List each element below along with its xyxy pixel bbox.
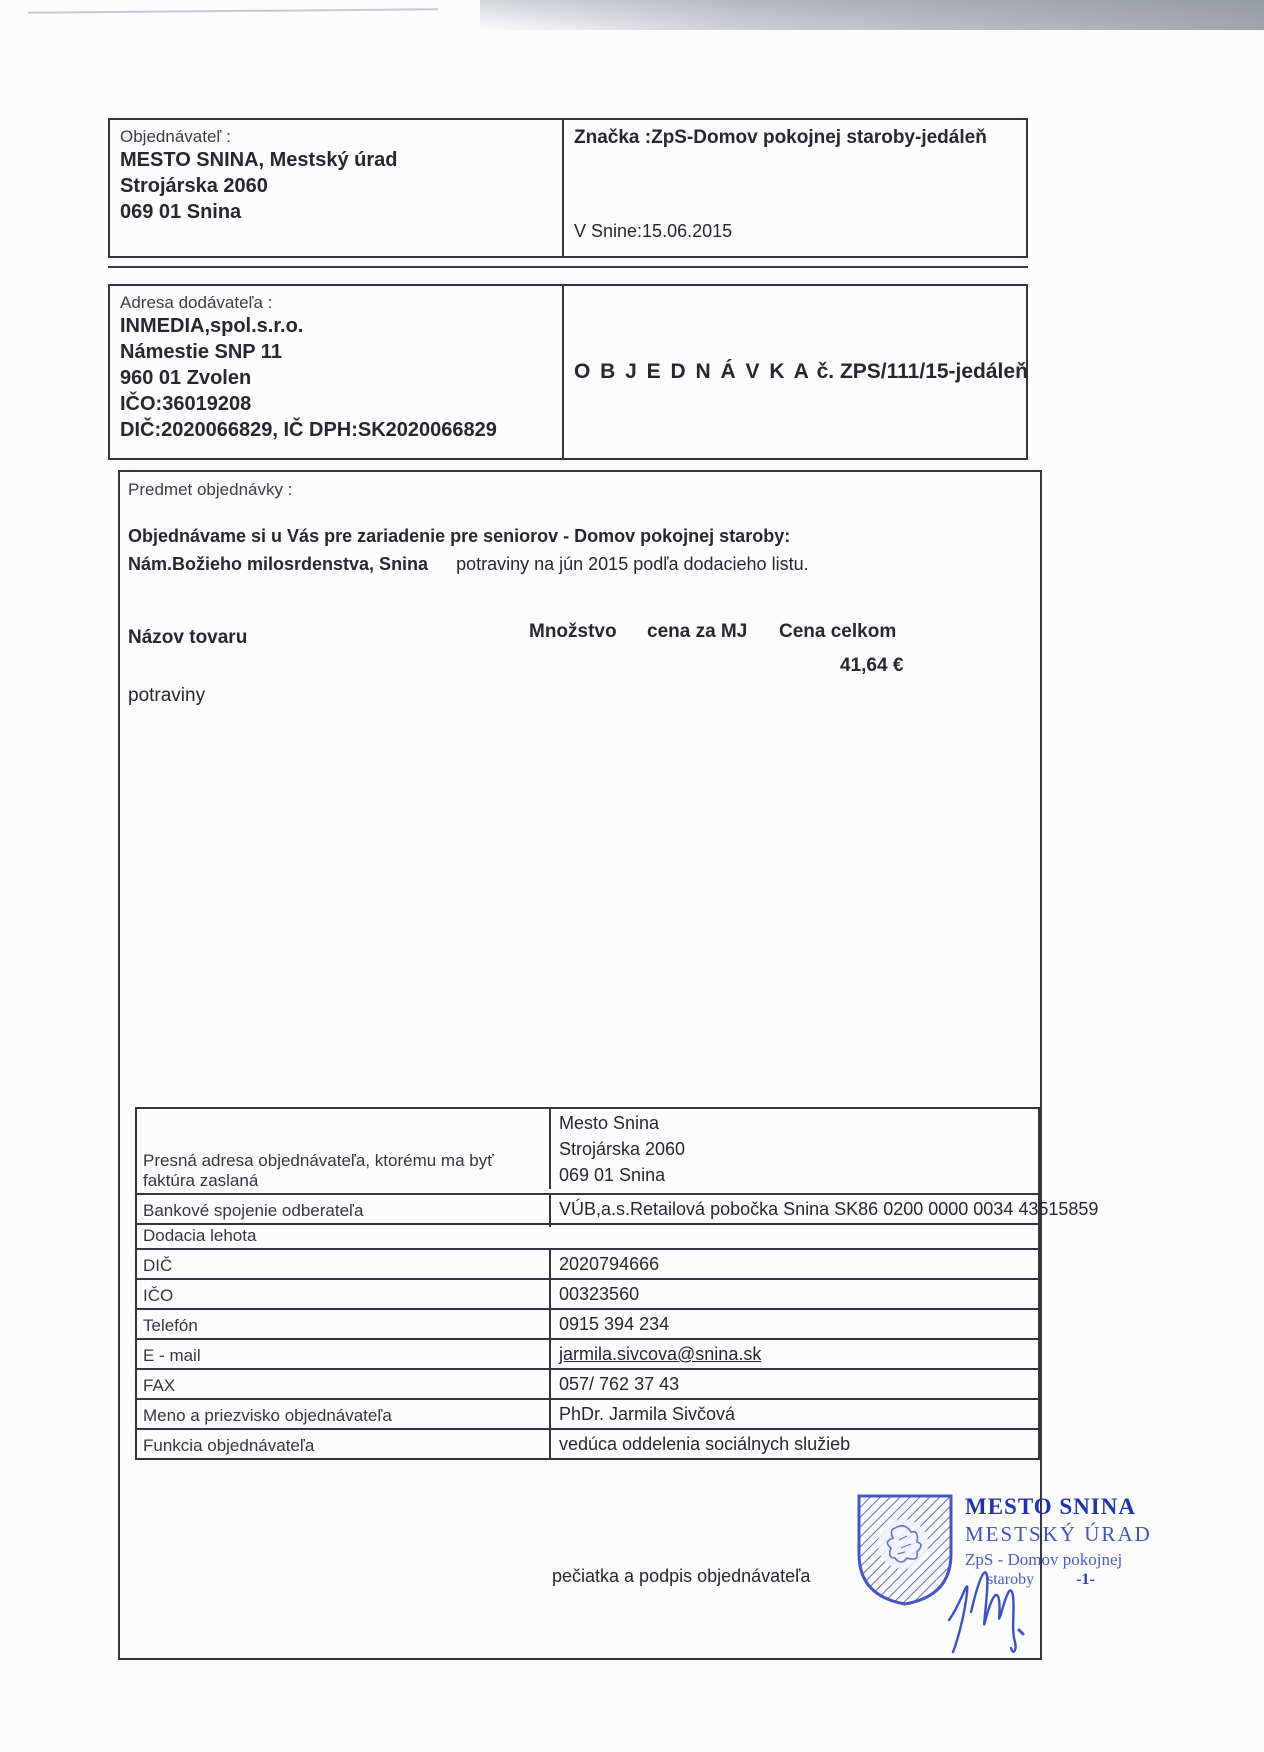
item-columns-header: Názov tovaru Množstvo cena za MJ Cena ce… [120, 621, 1040, 651]
supplier-street: Námestie SNP 11 [120, 339, 552, 365]
row-label: Dodacia lehota [137, 1226, 549, 1248]
subject-intro-2: Nám.Božieho milosrdenstva, Snina potravi… [128, 554, 1040, 575]
row-label: Funkcia objednávateľa [137, 1436, 549, 1458]
row-label: DIČ [137, 1256, 549, 1278]
scan-edge-shadow-2 [480, 0, 1264, 30]
table-row: Meno a priezvisko objednávateľa PhDr. Ja… [137, 1398, 1038, 1428]
scan-artifact-line [28, 8, 438, 14]
stamp-department: ZpS - Domov pokojnej [965, 1550, 1152, 1570]
col-unit-price: cena za MJ [647, 621, 747, 643]
supplier-ico: IČO:36019208 [120, 391, 552, 417]
row-value: 00323560 [549, 1280, 1038, 1308]
supplier-block: Adresa dodávateľa : INMEDIA,spol.s.r.o. … [110, 286, 562, 458]
table-row: IČO 00323560 [137, 1278, 1038, 1308]
row-value: PhDr. Jarmila Sivčová [549, 1400, 1038, 1428]
subject-address: Nám.Božieho milosrdenstva, Snina [128, 554, 428, 575]
order-title: O B J E D N Á V K A č. ZPS/111/15-jedále… [574, 360, 1028, 384]
order-body-box: Predmet objednávky : Objednávame si u Vá… [118, 470, 1042, 1660]
stamp-department-2: staroby -1- [987, 1571, 1152, 1589]
row-label: E - mail [137, 1346, 549, 1368]
scan-edge-shadow [480, 0, 1264, 30]
row-label: Meno a priezvisko objednávateľa [137, 1406, 549, 1428]
row-value: 057/ 762 37 43 [549, 1370, 1038, 1398]
order-total: 41,64 € [840, 655, 1040, 677]
document-date: V Snine:15.06.2015 [574, 221, 1016, 242]
customer-street: Strojárska 2060 [120, 173, 552, 199]
row-value: 0915 394 234 [549, 1310, 1038, 1338]
customer-label: Objednávateľ : [120, 127, 552, 147]
customer-reference-box: Objednávateľ : MESTO SNINA, Mestský úrad… [108, 118, 1028, 258]
supplier-order-box: Adresa dodávateľa : INMEDIA,spol.s.r.o. … [108, 284, 1028, 460]
row-value: VÚB,a.s.Retailová pobočka Snina SK86 020… [549, 1195, 1098, 1223]
table-row: Bankové spojenie odberateľa VÚB,a.s.Reta… [137, 1193, 1038, 1223]
customer-city: 069 01 Snina [120, 199, 552, 225]
table-row: FAX 057/ 762 37 43 [137, 1368, 1038, 1398]
supplier-name: INMEDIA,spol.s.r.o. [120, 313, 552, 339]
table-row: Telefón 0915 394 234 [137, 1308, 1038, 1338]
table-row: Funkcia objednávateľa vedúca oddelenia s… [137, 1428, 1038, 1458]
stamp-word: staroby [987, 1571, 1034, 1589]
stamp-caption: pečiatka a podpis objednávateľa [552, 1566, 810, 1587]
stamp-city: MESTO SNINA [965, 1494, 1152, 1520]
table-row: Dodacia lehota [137, 1223, 1038, 1248]
customer-block: Objednávateľ : MESTO SNINA, Mestský úrad… [110, 120, 562, 256]
signature-area: pečiatka a podpis objednávateľa MESTO SN… [120, 1488, 1040, 1678]
col-quantity: Množstvo [529, 621, 617, 643]
double-rule [108, 266, 1028, 268]
reference-mark: Značka :ZpS-Domov pokojnej staroby-jedál… [574, 127, 1016, 149]
row-label: Presná adresa objednávateľa, ktorému ma … [137, 1151, 549, 1193]
row-value: vedúca oddelenia sociálnych služieb [549, 1430, 1038, 1458]
official-stamp: MESTO SNINA MESTSKÝ ÚRAD ZpS - Domov pok… [855, 1492, 1195, 1608]
row-value: Mesto Snina Strojárska 2060 069 01 Snina [549, 1109, 1038, 1189]
buyer-details-table: Presná adresa objednávateľa, ktorému ma … [135, 1107, 1040, 1460]
table-row: E - mail jarmila.sivcova@snina.sk [137, 1338, 1038, 1368]
table-row: DIČ 2020794666 [137, 1248, 1038, 1278]
customer-name: MESTO SNINA, Mestský úrad [120, 147, 552, 173]
scanned-order-document: Objednávateľ : MESTO SNINA, Mestský úrad… [0, 0, 1264, 1752]
order-title-word: O B J E D N Á V K A [574, 360, 811, 383]
col-item-name: Názov tovaru [128, 627, 247, 649]
stamp-office: MESTSKÝ ÚRAD [965, 1522, 1152, 1547]
row-value: 2020794666 [549, 1250, 1038, 1278]
page-number: -1- [1076, 1571, 1095, 1589]
subject-intro: Objednávame si u Vás pre zariadenie pre … [128, 526, 1040, 547]
row-label: Bankové spojenie odberateľa [137, 1201, 549, 1223]
row-value-email: jarmila.sivcova@snina.sk [549, 1340, 1038, 1368]
subject-label: Predmet objednávky : [128, 480, 1040, 500]
row-label: FAX [137, 1376, 549, 1398]
table-row: Presná adresa objednávateľa, ktorému ma … [137, 1109, 1038, 1193]
subject-period: potraviny na jún 2015 podľa dodacieho li… [456, 554, 809, 575]
stamp-text: MESTO SNINA MESTSKÝ ÚRAD ZpS - Domov pok… [965, 1492, 1152, 1608]
supplier-label: Adresa dodávateľa : [120, 293, 552, 313]
reference-block: Značka :ZpS-Domov pokojnej staroby-jedál… [562, 120, 1026, 256]
supplier-dic: DIČ:2020066829, IČ DPH:SK2020066829 [120, 417, 552, 443]
row-label: IČO [137, 1286, 549, 1308]
order-number-block: O B J E D N Á V K A č. ZPS/111/15-jedále… [562, 286, 1038, 458]
supplier-city: 960 01 Zvolen [120, 365, 552, 391]
col-total-price: Cena celkom [779, 621, 896, 643]
order-number: č. ZPS/111/15-jedáleň [817, 360, 1028, 383]
city-shield-emblem-icon [855, 1492, 955, 1608]
row-value [549, 1225, 1038, 1227]
order-item: potraviny [128, 685, 1040, 707]
row-label: Telefón [137, 1316, 549, 1338]
